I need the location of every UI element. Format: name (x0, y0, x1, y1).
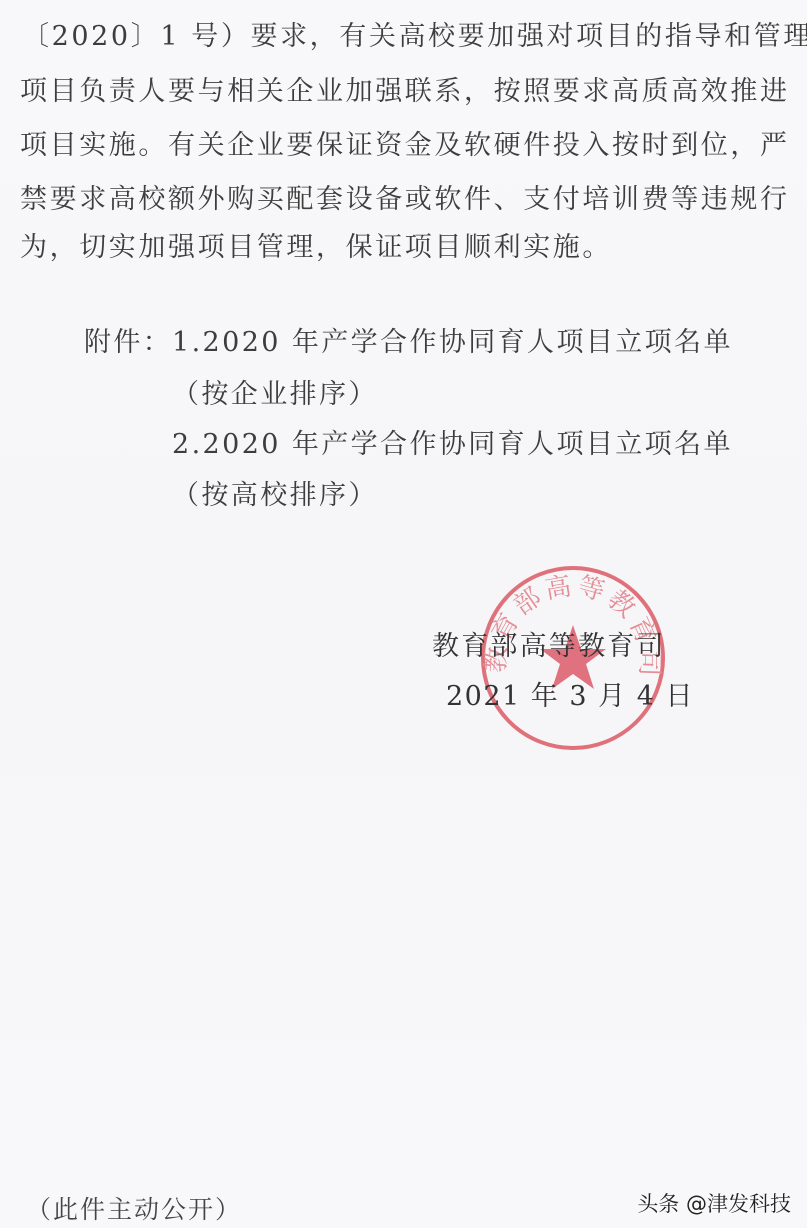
source-watermark: 头条 @津发科技 (637, 1188, 791, 1218)
attachment-2-title: 2.2020 年产学合作协同育人项目立项名单 (172, 430, 733, 460)
paragraph-line: 项目负责人要与相关企业加强联系，按照要求高质高效推进 (20, 77, 790, 107)
attachment-1-title: 1.2020 年产学合作协同育人项目立项名单 (172, 328, 733, 358)
disclosure-note: （此件主动公开） (26, 1190, 242, 1226)
attachment-1-subtitle: （按企业排序） (172, 380, 378, 410)
paragraph-line: 〔2020〕1 号）要求，有关高校要加强对项目的指导和管理， (22, 22, 807, 52)
attachment-2-subtitle: （按高校排序） (172, 481, 378, 511)
attachments-label: 附件： (84, 328, 172, 358)
paragraph-line: 禁要求高校额外购买配套设备或软件、支付培训费等违规行 (20, 185, 790, 215)
document-page: 〔2020〕1 号）要求，有关高校要加强对项目的指导和管理， 项目负责人要与相关… (0, 0, 807, 1228)
paragraph-line: 为，切实加强项目管理，保证项目顺利实施。 (20, 233, 612, 263)
issue-date: 2021 年 3 月 4 日 (446, 682, 694, 712)
issuer-name: 教育部高等教育司 (432, 632, 666, 662)
paragraph-line: 项目实施。有关企业要保证资金及软硬件投入按时到位，严 (20, 131, 790, 161)
